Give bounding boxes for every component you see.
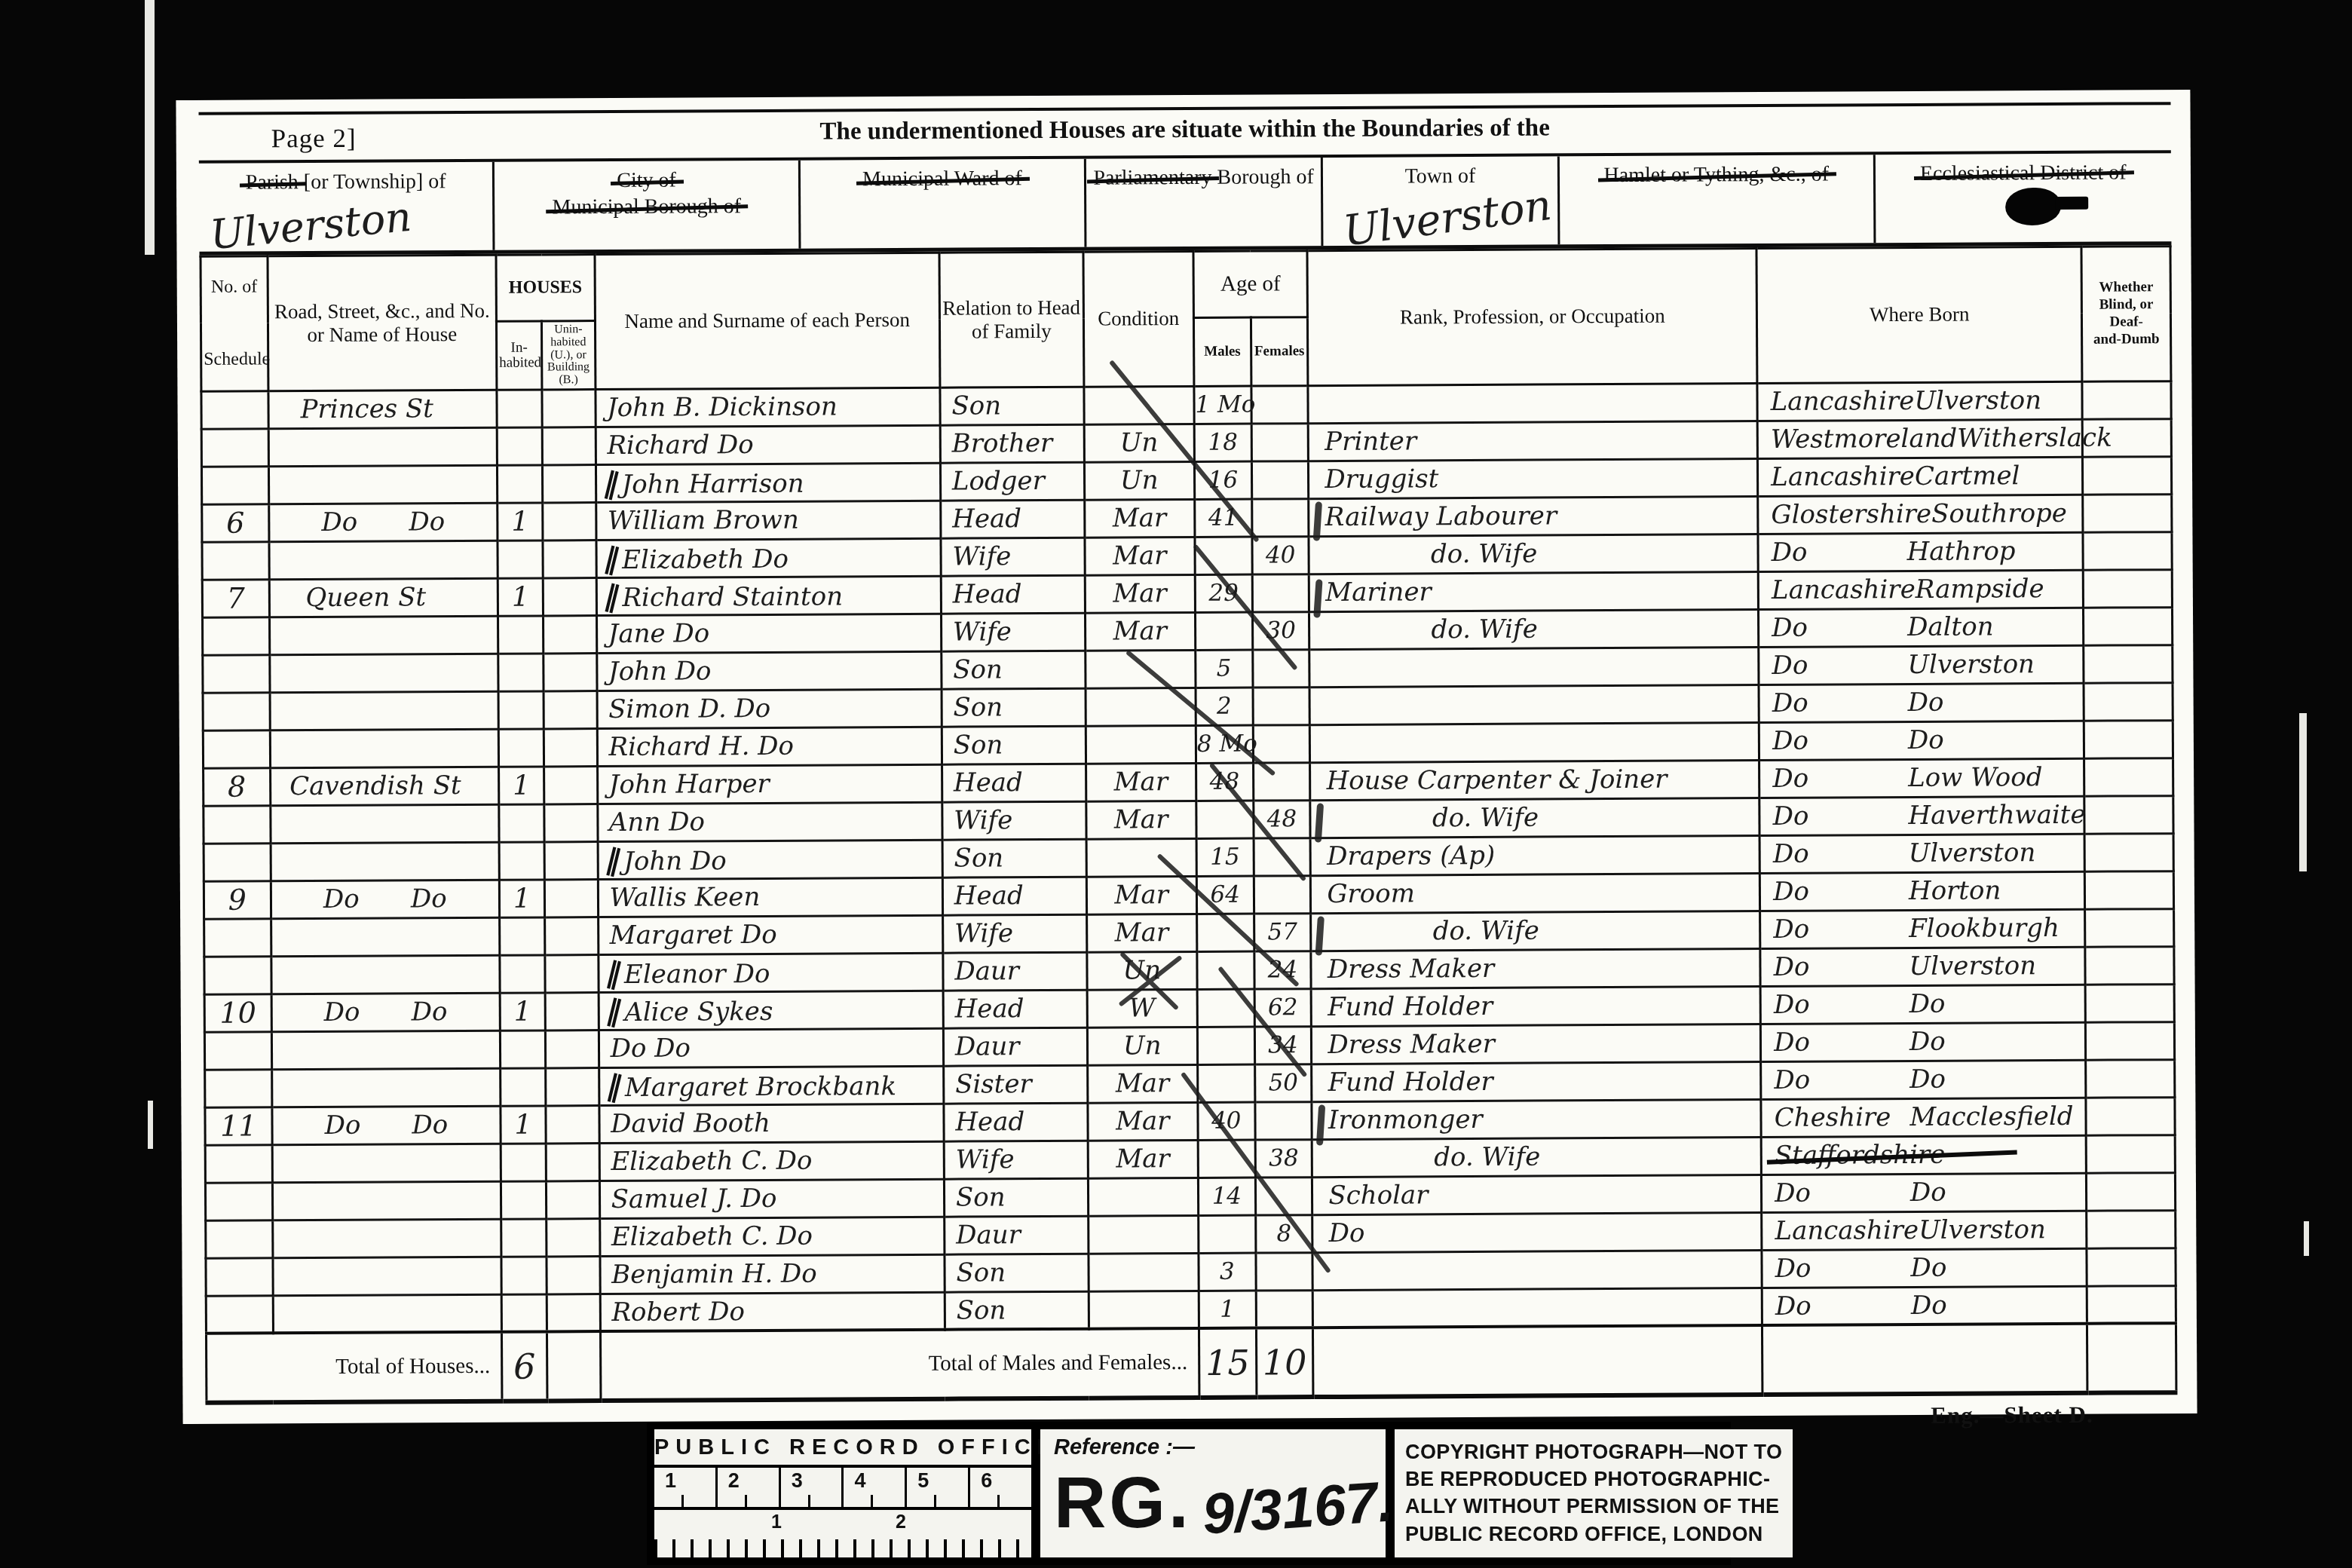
cell-age-male: 14 [1198, 1178, 1255, 1215]
cell-age-female [1251, 386, 1309, 424]
cell-age-male: 2 [1196, 688, 1253, 725]
cell-relation: Lodger [940, 462, 1084, 501]
cell-condition: Mar [1086, 876, 1197, 914]
col-occupation: Rank, Profession, or Occupation [1307, 249, 1757, 386]
cell-relation: Son [942, 651, 1086, 689]
cell-relation: Brother [940, 424, 1084, 463]
cell-road [271, 842, 499, 881]
cell-age-female: 50 [1254, 1064, 1312, 1102]
pro-ruler-box: PUBLIC RECORD OFFICE 1 2 3 4 5 6 1 2 [654, 1429, 1031, 1557]
cell-uninhabited [544, 691, 597, 729]
ink-blot [2005, 188, 2061, 225]
reference-value: RG.9/3167. [1054, 1462, 1372, 1545]
film-scratch [2299, 713, 2307, 871]
cell-uninhabited [543, 541, 596, 578]
cell-name: William Brown [596, 501, 941, 540]
cell-condition: Mar [1086, 763, 1196, 801]
col-name: Name and Surname of each Person [595, 253, 940, 389]
col-road: Road, Street, &c., and No. or Name of Ho… [268, 255, 497, 391]
cell-inhabited [501, 1219, 547, 1257]
cell-uninhabited [542, 465, 596, 503]
cell-inhabited [500, 955, 545, 993]
cell-born: DoHorton [1760, 871, 2085, 911]
cell-occupation: do. Wife [1309, 534, 1758, 574]
cell-age-female: 8 [1255, 1215, 1312, 1253]
ecclesiastical-label: Ecclesiastical District of [1920, 159, 2127, 186]
city-label-line1: City of [617, 167, 676, 194]
reference-label: Reference :— [1054, 1435, 1372, 1460]
cell-name: Wallis Keen [598, 877, 943, 917]
cell-born: DoHathrop [1758, 532, 2083, 571]
cell-born: LancashireUlverston [1762, 1211, 2087, 1250]
cell-occupation: Drapers (Ap) [1310, 836, 1759, 876]
cell-occupation: do. Wife [1312, 1137, 1762, 1177]
cell-name: Jane Do [596, 614, 942, 653]
col-blind: Whether Blind, or Deaf- and-Dumb [2081, 247, 2171, 382]
cell-born: WestmorelandWitherslack [1757, 419, 2082, 458]
hamlet-label: Hamlet or Tything, &c., of [1603, 161, 1829, 189]
cell-schedule [205, 1070, 272, 1107]
cell-schedule [204, 806, 271, 844]
cell-occupation: do. Wife [1309, 610, 1759, 650]
parish-label-struck: Parish [246, 169, 299, 195]
cell-age-male [1198, 1064, 1255, 1102]
cell-name: ∥John Harrison [596, 463, 941, 502]
cell-blind [2084, 645, 2173, 684]
cell-relation: Sister [943, 1065, 1087, 1104]
cell-occupation: Druggist [1309, 459, 1758, 499]
col-inhabited: In-habited [496, 321, 542, 390]
cell-occupation: Scholar [1312, 1174, 1762, 1214]
cell-road [270, 691, 498, 730]
cell-condition [1088, 1215, 1199, 1254]
cell-born: DoDalton [1759, 608, 2084, 647]
cell-schedule: 11 [205, 1107, 272, 1145]
cell-age-female [1254, 838, 1311, 876]
film-scratch [148, 1101, 153, 1149]
cell-relation: Son [944, 1178, 1088, 1217]
cell-uninhabited [545, 993, 599, 1031]
cell-inhabited [497, 427, 542, 465]
cell-condition: Mar [1087, 1064, 1198, 1103]
cell-inhabited [501, 1068, 546, 1106]
cell-blind [2086, 1060, 2175, 1098]
cell-road [271, 917, 499, 957]
cell-road [268, 427, 497, 467]
pro-copyright-box: COPYRIGHT PHOTOGRAPH—NOT TO BE REPRODUCE… [1395, 1429, 1793, 1557]
cell-name: ∥Elizabeth Do [596, 538, 942, 577]
cell-age-male: 1 Mo [1194, 386, 1251, 424]
enumeration-table: No. ofSchedule Road, Street, &c., and No… [199, 245, 2177, 1405]
total-males-value: 15 [1199, 1328, 1256, 1398]
cell-born: CheshireMacclesfield [1761, 1098, 2086, 1137]
cell-inhabited [498, 729, 544, 767]
cell-name: Ann Do [597, 802, 942, 841]
cell-road [273, 1257, 501, 1296]
total-males-females-label: Total of Males and Females... [600, 1328, 1199, 1401]
cell-age-male: 64 [1196, 876, 1254, 914]
cell-inhabited [500, 917, 545, 955]
cell-condition: Mar [1087, 1102, 1198, 1141]
cell-born: DoDo [1759, 683, 2084, 722]
cell-age-male [1199, 1215, 1256, 1253]
cell-condition: Un [1087, 1027, 1198, 1065]
cell-age-male: 1 [1199, 1291, 1256, 1328]
cell-road [271, 804, 499, 844]
cell-relation: Wife [944, 1141, 1088, 1179]
cell-uninhabited [544, 804, 598, 842]
cell-schedule [206, 1220, 273, 1258]
cell-age-male: 29 [1195, 574, 1252, 612]
cell-condition: Mar [1085, 537, 1196, 575]
pro-office-title: PUBLIC RECORD OFFICE [654, 1429, 1031, 1468]
parliamentary-label: Borough of [1217, 165, 1313, 189]
cell-born: LancashireCartmel [1758, 457, 2083, 496]
cell-occupation: Printer [1309, 421, 1758, 461]
cell-schedule [203, 693, 270, 730]
cell-age-female [1253, 763, 1310, 801]
city-label-line2: Municipal Borough of [552, 193, 741, 220]
cell-uninhabited [544, 842, 598, 880]
cell-condition [1088, 1178, 1199, 1216]
cell-uninhabited [547, 1257, 600, 1294]
cell-relation: Son [945, 1254, 1089, 1292]
col-condition: Condition [1083, 251, 1194, 387]
cell-relation: Head [942, 764, 1086, 802]
cell-condition: Mar [1085, 574, 1196, 613]
cell-inhabited [498, 541, 543, 578]
cell-condition: W [1087, 989, 1198, 1027]
cell-road [271, 1031, 500, 1070]
cell-name: ∥Eleanor Do [598, 953, 943, 992]
cell-blind [2087, 1286, 2176, 1325]
cell-relation: Son [942, 839, 1086, 877]
cell-blind [2086, 1022, 2175, 1061]
cell-born: DoDo [1762, 1173, 2087, 1212]
parliamentary-borough-box: Parliamentary Borough of [1086, 158, 1324, 247]
cell-age-male [1195, 612, 1252, 650]
cell-age-female [1256, 1291, 1313, 1328]
cell-inhabited: 1 [500, 993, 545, 1031]
cell-name: ∥John Do [598, 840, 943, 879]
cell-inhabited: 1 [501, 1106, 546, 1144]
cell-occupation: Do [1312, 1212, 1762, 1252]
cell-road [273, 1294, 501, 1334]
cell-relation: Daur [945, 1216, 1089, 1254]
cell-uninhabited [546, 1144, 599, 1181]
table-body: Princes St John B. Dickinson Son 1 Mo La… [201, 381, 2176, 1334]
cell-age-male [1197, 951, 1254, 989]
cell-age-female: 38 [1255, 1140, 1312, 1178]
cell-condition: Un [1084, 461, 1195, 500]
cell-condition: Mar [1088, 1140, 1199, 1178]
cell-inhabited [498, 616, 543, 654]
cell-uninhabited [546, 1181, 599, 1219]
cell-road: DoDo [269, 503, 498, 542]
cell-relation: Head [941, 500, 1085, 538]
cell-inhabited [497, 465, 542, 503]
cell-road [270, 729, 498, 768]
cell-schedule: 7 [202, 580, 269, 617]
town-label: Town of [1405, 164, 1476, 188]
cell-age-female: 24 [1254, 951, 1312, 989]
cell-occupation: Dress Maker [1311, 949, 1760, 989]
parish-box: Parish [or Township] of Ulverston [199, 162, 495, 252]
cell-uninhabited [543, 578, 596, 616]
cell-born: LancashireRampside [1758, 570, 2083, 609]
cell-age-female [1256, 1253, 1313, 1291]
cell-schedule [204, 919, 271, 957]
cell-occupation: House Carpenter & Joiner [1310, 761, 1759, 801]
cell-relation: Wife [941, 537, 1085, 576]
cell-condition: Un [1084, 424, 1195, 462]
cell-road: DoDo [271, 880, 499, 919]
cell-age-female: 57 [1254, 914, 1311, 951]
cell-age-male [1196, 914, 1254, 951]
cell-born: DoUlverston [1759, 834, 2084, 873]
cell-schedule [204, 1032, 271, 1070]
cell-blind [2085, 909, 2174, 948]
cell-age-female: 30 [1252, 612, 1309, 650]
cell-born: DoDo [1759, 721, 2084, 760]
cell-name: Margaret Do [598, 915, 943, 954]
cell-blind [2084, 683, 2173, 721]
cell-schedule [203, 730, 270, 768]
cell-age-male: 5 [1196, 650, 1253, 688]
cell-name: Elizabeth C. Do [599, 1217, 945, 1256]
cell-uninhabited [547, 1294, 600, 1332]
cell-born: LancashireUlverston [1757, 381, 2082, 421]
col-born: Where Born [1756, 247, 2082, 383]
cell-relation: Daur [943, 1027, 1087, 1066]
cell-uninhabited [544, 616, 597, 654]
cell-age-male: 8 Mo [1196, 725, 1253, 763]
cell-age-male: 15 [1196, 838, 1254, 876]
cell-inhabited [497, 390, 542, 427]
cell-born: DoDo [1762, 1286, 2087, 1325]
cell-road [269, 541, 498, 580]
totals-row: Total of Houses... 6 Total of Males and … [206, 1324, 2176, 1404]
col-age: Age of [1193, 251, 1308, 318]
cell-blind [2086, 1098, 2175, 1136]
cell-road [268, 465, 497, 504]
cell-age-male [1195, 537, 1252, 574]
cell-occupation: Groom [1311, 874, 1760, 914]
cell-born: DoDo [1761, 1022, 2086, 1061]
cell-schedule [204, 957, 271, 994]
cell-relation: Son [942, 688, 1086, 727]
cell-blind [2085, 985, 2174, 1023]
cell-occupation: Ironmonger [1312, 1100, 1761, 1140]
cell-blind [2083, 457, 2172, 495]
col-uninhabited: Unin-habited (U.), or Building (B.) [541, 321, 595, 390]
cell-uninhabited [544, 767, 598, 804]
cell-road: DoDo [272, 1106, 501, 1145]
cell-inhabited: 1 [498, 767, 544, 804]
cell-born: DoUlverston [1760, 947, 2085, 986]
cell-road [269, 616, 498, 655]
cell-blind [2087, 1248, 2176, 1287]
cell-condition [1085, 650, 1196, 688]
cell-age-male [1198, 1140, 1255, 1178]
total-houses-value: 6 [501, 1332, 547, 1401]
cell-uninhabited [545, 955, 599, 993]
film-scratch [145, 0, 155, 255]
cell-relation: Head [944, 1103, 1088, 1141]
cell-condition [1086, 838, 1197, 877]
total-houses-label: Total of Houses... [206, 1332, 501, 1403]
cell-condition: Mar [1084, 499, 1195, 537]
total-females-value: 10 [1256, 1328, 1313, 1398]
cell-age-male [1197, 1027, 1254, 1064]
city-borough-box: City of Municipal Borough of [495, 161, 801, 250]
cell-born: DoLow Wood [1759, 758, 2084, 798]
cell-age-female: 62 [1254, 989, 1312, 1027]
census-photograph: { "header": { "page_label": "Page 2]", "… [0, 0, 2352, 1568]
cell-age-male: 18 [1194, 424, 1251, 461]
cell-inhabited [501, 1257, 547, 1294]
cell-age-male: 16 [1194, 461, 1251, 499]
cell-age-female: 48 [1253, 801, 1310, 838]
situate-heading: The undermentioned Houses are situate wi… [819, 114, 1550, 145]
cell-name: Elizabeth C. Do [599, 1141, 945, 1181]
cell-name: Robert Do [600, 1292, 945, 1331]
cell-relation: Wife [942, 914, 1086, 953]
cell-road [271, 1068, 500, 1107]
cell-inhabited: 1 [498, 503, 543, 541]
cell-relation: Head [941, 575, 1085, 614]
cell-schedule [201, 429, 268, 467]
cell-age-male: 41 [1195, 499, 1252, 537]
cell-blind [2083, 495, 2172, 533]
cell-born: DoHaverthwaite [1759, 796, 2084, 835]
cell-inhabited [501, 1181, 546, 1219]
cell-name: Richard Do [596, 425, 941, 464]
cell-road: Queen St [269, 578, 498, 617]
cell-name: Simon D. Do [597, 689, 942, 728]
inch-ruler: 1 2 3 4 5 6 [654, 1468, 1031, 1510]
cell-relation: Daur [943, 952, 1087, 991]
cell-age-male: 3 [1199, 1253, 1256, 1291]
cell-blind [2084, 608, 2173, 646]
cell-condition [1089, 1291, 1199, 1329]
cell-relation: Wife [942, 801, 1086, 840]
cell-schedule [202, 542, 269, 580]
cell-uninhabited [544, 729, 597, 767]
cell-schedule: 6 [202, 504, 269, 542]
cell-condition [1084, 386, 1195, 424]
cell-condition: Mar [1085, 612, 1196, 651]
cell-relation: Son [942, 726, 1086, 764]
pro-reference-box: Reference :— RG.9/3167. [1040, 1429, 1386, 1557]
cell-occupation: Railway Labourer [1309, 497, 1758, 537]
cell-occupation: Dress Maker [1312, 1024, 1761, 1064]
cell-schedule: 8 [204, 768, 271, 806]
cell-blind [2083, 532, 2172, 571]
col-males: Males [1193, 317, 1251, 386]
cell-uninhabited [545, 917, 599, 955]
cell-age-female [1255, 1178, 1312, 1215]
cell-occupation: Fund Holder [1312, 987, 1761, 1027]
parish-value: Ulverston [208, 191, 414, 260]
cell-name: ∥Alice Sykes [599, 991, 944, 1030]
cell-born: DoDo [1762, 1248, 2087, 1288]
cell-born: GlostershireSouthrope [1758, 495, 2083, 534]
cell-blind [2087, 1211, 2176, 1249]
col-females: Females [1251, 317, 1308, 386]
cell-schedule [205, 1183, 272, 1220]
cell-occupation: Mariner [1309, 572, 1759, 612]
col-houses: HOUSES [496, 255, 595, 322]
cell-uninhabited [547, 1219, 600, 1257]
page-top-band: Page 2] The undermentioned Houses are si… [199, 102, 2171, 161]
cell-born: DoFlookburgh [1760, 909, 2085, 948]
cell-occupation [1309, 685, 1759, 725]
cell-inhabited [498, 691, 544, 729]
cell-name: Richard H. Do [597, 727, 942, 766]
location-boxes: Parish [or Township] of Ulverston City o… [199, 150, 2172, 256]
cell-uninhabited [544, 654, 597, 691]
cell-name: Samuel J. Do [599, 1179, 945, 1218]
cell-road [272, 1144, 501, 1183]
cell-relation: Head [942, 877, 1086, 915]
cell-born: DoDo [1760, 985, 2085, 1024]
cell-uninhabited [542, 390, 596, 427]
cell-schedule [205, 1145, 272, 1183]
cell-road [273, 1219, 501, 1258]
cell-blind [2085, 947, 2174, 985]
cm-ruler: 1 2 [654, 1510, 1031, 1557]
cell-condition: Mar [1086, 914, 1197, 952]
cell-schedule [201, 467, 268, 504]
ward-label: Municipal Ward of [862, 165, 1022, 192]
cell-name: Do Do [599, 1028, 944, 1067]
pro-reference-strip: PUBLIC RECORD OFFICE 1 2 3 4 5 6 1 2 Ref… [647, 1422, 1731, 1565]
cell-road: DoDo [271, 993, 500, 1032]
cell-condition [1089, 1253, 1199, 1291]
cell-blind [2082, 381, 2171, 420]
cell-age-female [1251, 424, 1309, 461]
col-schedule: No. ofSchedule [201, 256, 268, 391]
cell-age-male [1196, 801, 1254, 838]
cell-name: John Do [596, 651, 942, 691]
cell-schedule: 10 [204, 994, 271, 1032]
cell-uninhabited [546, 1068, 599, 1106]
parish-label: [or Township] of [304, 170, 446, 194]
cell-condition: Mar [1086, 801, 1196, 839]
table-header: No. ofSchedule Road, Street, &c., and No… [201, 247, 2171, 392]
cell-schedule [204, 844, 271, 881]
cell-uninhabited [543, 503, 596, 541]
cell-occupation [1309, 648, 1759, 688]
cell-blind [2084, 721, 2173, 759]
town-value: Ulverston [1340, 179, 1554, 259]
cell-road: Princes St [268, 390, 497, 429]
cell-uninhabited [546, 1106, 599, 1144]
cell-condition [1086, 725, 1196, 764]
cell-age-female [1254, 876, 1311, 914]
cell-name: John Harper [597, 764, 942, 804]
cell-occupation: do. Wife [1311, 911, 1760, 951]
cell-schedule [206, 1258, 273, 1296]
cell-age-female [1255, 1102, 1312, 1140]
cell-age-male: 40 [1198, 1102, 1255, 1140]
cell-born: Staffordshire [1761, 1135, 2086, 1174]
cell-relation: Son [945, 1291, 1089, 1330]
cell-occupation: do. Wife [1310, 798, 1759, 838]
cell-name: ∥Margaret Brockbank [599, 1066, 944, 1105]
cell-age-female [1251, 461, 1309, 499]
